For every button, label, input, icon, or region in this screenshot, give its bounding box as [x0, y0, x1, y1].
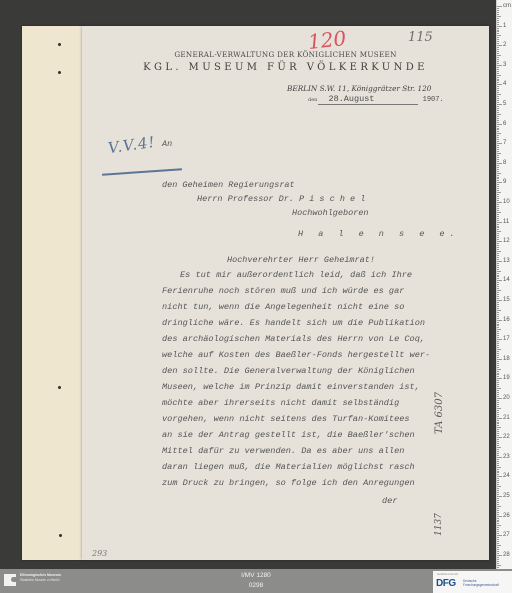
- ruler-label: 26: [503, 513, 510, 519]
- ruler-tick: [497, 155, 499, 156]
- ruler-tick: [497, 214, 499, 215]
- ruler-tick: [497, 461, 499, 462]
- ruler-tick: [497, 494, 499, 495]
- ruler-tick: [497, 306, 499, 307]
- ruler-tick: [497, 39, 499, 40]
- ruler-tick: [497, 351, 499, 352]
- ruler-tick: [497, 455, 499, 456]
- ruler-tick: [497, 157, 499, 158]
- ruler-tick: [497, 261, 502, 262]
- ruler-tick: [497, 286, 499, 287]
- ruler-tick: [497, 35, 501, 36]
- ruler-tick: [497, 551, 499, 552]
- ruler-label: 6: [503, 121, 506, 127]
- ruler-tick: [497, 33, 499, 34]
- ruler-tick: [497, 239, 499, 240]
- ruler-tick: [497, 371, 499, 372]
- scan-viewer: cm 1234567891011121314151617181920212223…: [0, 0, 512, 569]
- ruler-label: 12: [503, 238, 510, 244]
- ruler-tick: [497, 120, 499, 121]
- ruler-tick: [497, 124, 502, 125]
- ruler-tick: [497, 357, 499, 358]
- ruler-tick: [497, 559, 499, 560]
- ruler-label: 17: [503, 336, 510, 342]
- ruler-tick: [497, 255, 499, 256]
- ruler-tick: [497, 227, 499, 228]
- ruler-tick: [497, 182, 502, 183]
- ruler-tick: [497, 47, 499, 48]
- footer-bar: Ethnologisches Museum Staatliche Museen …: [0, 569, 512, 593]
- ruler-tick: [497, 59, 499, 60]
- ruler-tick: [497, 104, 502, 105]
- ruler-tick: [497, 484, 499, 485]
- ruler-tick: [497, 478, 499, 479]
- ruler-tick: [497, 122, 499, 123]
- date-prefix: den: [308, 97, 317, 103]
- ruler-tick: [497, 369, 501, 370]
- dfg-logo-icon: DFG: [436, 578, 456, 589]
- ruler-tick: [497, 541, 499, 542]
- ruler-tick: [497, 465, 499, 466]
- ruler-tick: [497, 345, 499, 346]
- ruler-label: 1: [503, 23, 506, 29]
- ruler-tick: [497, 427, 501, 428]
- ruler-tick: [497, 502, 499, 503]
- ruler-label: 10: [503, 199, 510, 205]
- ruler-tick: [497, 190, 499, 191]
- ruler-tick: [497, 390, 499, 391]
- ruler-tick: [497, 425, 499, 426]
- letter-date: den 28.August 1907.: [308, 94, 444, 104]
- ruler-tick: [497, 457, 502, 458]
- cm-ruler: cm 1234567891011121314151617181920212223…: [496, 0, 512, 569]
- ruler-tick: [497, 200, 499, 201]
- ruler-tick: [497, 31, 499, 32]
- ruler-tick: [497, 353, 499, 354]
- ruler-tick: [497, 394, 499, 395]
- body-line: nicht tun, wenn die Angelegenheit nicht …: [162, 302, 404, 312]
- ruler-tick: [497, 216, 499, 217]
- ruler-tick: [497, 451, 499, 452]
- ruler-tick: [497, 535, 502, 536]
- ruler-label: 4: [503, 81, 506, 87]
- ruler-tick: [497, 510, 499, 511]
- ruler-tick: [497, 249, 499, 250]
- ruler-label: 7: [503, 140, 506, 146]
- ruler-tick: [497, 347, 499, 348]
- ruler-tick: [497, 302, 499, 303]
- ruler-tick: [497, 259, 499, 260]
- body-line: vorgehen, wenn nicht seitens des Turfan-…: [162, 414, 410, 424]
- body-line: der: [382, 496, 397, 506]
- ruler-label: 21: [503, 415, 510, 421]
- ruler-tick: [497, 128, 499, 129]
- ruler-tick: [497, 408, 501, 409]
- ruler-tick: [497, 378, 502, 379]
- ruler-tick: [497, 61, 499, 62]
- ruler-tick: [497, 275, 499, 276]
- ruler-tick: [497, 384, 499, 385]
- ruler-tick: [497, 441, 499, 442]
- ruler-tick: [497, 310, 501, 311]
- ruler-tick: [497, 471, 499, 472]
- ruler-tick: [497, 178, 499, 179]
- ruler-tick: [497, 520, 499, 521]
- ruler-tick: [497, 518, 499, 519]
- ruler-tick: [497, 514, 499, 515]
- ruler-tick: [497, 547, 499, 548]
- ruler-tick: [497, 43, 499, 44]
- recipient-title: den Geheimen Regierungsrat: [162, 180, 295, 190]
- ruler-tick: [497, 169, 499, 170]
- body-line: welche auf Kosten des Baeßler-Fonds herg…: [162, 350, 430, 360]
- ruler-tick: [497, 498, 499, 499]
- ruler-tick: [497, 206, 499, 207]
- ruler-label: 22: [503, 434, 510, 440]
- ruler-tick: [497, 314, 499, 315]
- ruler-tick: [497, 308, 499, 309]
- ruler-tick: [497, 175, 499, 176]
- ruler-tick: [497, 159, 499, 160]
- ruler-tick: [497, 271, 501, 272]
- ruler-tick: [497, 218, 499, 219]
- ruler-tick: [497, 133, 501, 134]
- ruler-tick: [497, 186, 499, 187]
- ruler-tick: [497, 6, 502, 7]
- ruler-tick: [497, 131, 499, 132]
- ruler-label: 9: [503, 179, 506, 185]
- ruler-tick: [497, 290, 501, 291]
- ruler-tick: [497, 404, 499, 405]
- blue-pencil-note: V.V.4!: [107, 133, 157, 157]
- ruler-tick: [497, 392, 499, 393]
- sender-address: BERLIN S.W. 11, Königgrätzer Str. 120: [287, 84, 431, 93]
- ruler-tick: [497, 496, 502, 497]
- ruler-tick: [497, 202, 502, 203]
- ruler-tick: [497, 476, 502, 477]
- ruler-label: 20: [503, 395, 510, 401]
- ruler-tick: [497, 49, 499, 50]
- ruler-tick: [497, 196, 499, 197]
- ruler-tick: [497, 322, 499, 323]
- ruler-tick: [497, 41, 499, 42]
- ruler-tick: [497, 492, 499, 493]
- ruler-tick: [497, 537, 499, 538]
- ruler-label: 8: [503, 160, 506, 166]
- ruler-tick: [497, 500, 499, 501]
- ruler-tick: [497, 231, 501, 232]
- ruler-tick: [497, 508, 499, 509]
- ruler-tick: [497, 80, 499, 81]
- ruler-tick: [497, 472, 499, 473]
- ruler-tick: [497, 463, 499, 464]
- ruler-tick: [497, 563, 499, 564]
- letterhead-administration: GENERAL-VERWALTUNG DER KÖNIGLICHEN MUSEE…: [82, 50, 489, 59]
- ruler-tick: [497, 192, 501, 193]
- ruler-tick: [497, 512, 499, 513]
- ruler-tick: [497, 263, 499, 264]
- ruler-tick: [497, 337, 499, 338]
- ruler-tick: [497, 161, 499, 162]
- ruler-label: 23: [503, 454, 510, 460]
- body-line: Ferienruhe noch stören muß und ich würde…: [162, 286, 404, 296]
- ruler-tick: [497, 180, 499, 181]
- ruler-tick: [497, 220, 499, 221]
- ruler-tick: [497, 382, 499, 383]
- ruler-tick: [497, 412, 499, 413]
- ruler-tick: [497, 396, 499, 397]
- ruler-tick: [497, 126, 499, 127]
- ruler-tick: [497, 376, 499, 377]
- ruler-tick: [497, 106, 499, 107]
- ruler-tick: [497, 553, 499, 554]
- ruler-tick: [497, 22, 499, 23]
- ruler-tick: [497, 251, 501, 252]
- ruler-tick: [497, 531, 499, 532]
- ruler-tick: [497, 245, 499, 246]
- ruler-tick: [497, 437, 502, 438]
- ruler-label: 19: [503, 375, 510, 381]
- ruler-tick: [497, 365, 499, 366]
- body-line: daran liegen muß, die Materialien möglic…: [162, 462, 415, 472]
- ruler-tick: [497, 112, 499, 113]
- ruler-tick: [497, 288, 499, 289]
- ruler-tick: [497, 194, 499, 195]
- ruler-tick: [497, 333, 499, 334]
- ruler-tick: [497, 171, 499, 172]
- pencil-folio-number: 115: [408, 30, 433, 45]
- ruler-tick: [497, 433, 499, 434]
- recipient-honorific: Hochwohlgeboren: [292, 208, 369, 218]
- ruler-tick: [497, 235, 499, 236]
- ruler-tick: [497, 435, 499, 436]
- ruler-tick: [497, 327, 499, 328]
- ruler-tick: [497, 94, 501, 95]
- ruler-tick: [497, 82, 499, 83]
- ruler-tick: [497, 449, 499, 450]
- ruler-tick: [497, 525, 501, 526]
- ruler-tick: [497, 18, 499, 19]
- ruler-tick: [497, 53, 499, 54]
- ruler-tick: [497, 414, 499, 415]
- ruler-tick: [497, 388, 501, 389]
- ruler-label: 28: [503, 552, 510, 558]
- ruler-tick: [497, 429, 499, 430]
- ruler-tick: [497, 102, 499, 103]
- ruler-tick: [497, 173, 501, 174]
- ruler-tick: [497, 137, 499, 138]
- ruler-tick: [497, 280, 502, 281]
- ruler-tick: [497, 118, 499, 119]
- ruler-tick: [497, 24, 499, 25]
- punch-hole: [59, 534, 62, 537]
- ruler-tick: [497, 8, 499, 9]
- body-line: zum Druck zu bringen, so folge ich den A…: [162, 478, 415, 488]
- ruler-tick: [497, 233, 499, 234]
- ruler-tick: [497, 79, 499, 80]
- ruler-tick: [497, 108, 499, 109]
- ruler-tick: [497, 374, 499, 375]
- ruler-tick: [497, 149, 499, 150]
- ruler-tick: [497, 469, 499, 470]
- dfg-funding-badge: Gefördert durch DFG Deutsche Forschungsg…: [433, 571, 512, 593]
- ruler-tick: [497, 86, 499, 87]
- ruler-tick: [497, 320, 502, 321]
- body-line: dringliche wäre. Es handelt sich um die …: [162, 318, 425, 328]
- ruler-tick: [497, 331, 499, 332]
- ruler-tick: [497, 398, 502, 399]
- ruler-tick: [497, 380, 499, 381]
- body-line: des archäologischen Materials des Herrn …: [162, 334, 425, 344]
- ruler-tick: [497, 88, 499, 89]
- ruler-tick: [497, 402, 499, 403]
- ruler-tick: [497, 177, 499, 178]
- ruler-tick: [497, 204, 499, 205]
- ruler-unit: cm: [503, 3, 511, 9]
- ruler-tick: [497, 292, 499, 293]
- ruler-tick: [497, 73, 499, 74]
- ruler-tick: [497, 26, 502, 27]
- ruler-tick: [497, 188, 499, 189]
- ruler-tick: [497, 325, 499, 326]
- ruler-tick: [497, 335, 499, 336]
- body-line: Es tut mir außerordentlich leid, daß ich…: [180, 270, 412, 280]
- folder-backsheet: [22, 26, 84, 560]
- ruler-tick: [497, 208, 499, 209]
- ruler-tick: [497, 486, 501, 487]
- ruler-tick: [497, 506, 501, 507]
- ruler-tick: [497, 416, 499, 417]
- ruler-tick: [497, 549, 499, 550]
- ruler-label: 2: [503, 42, 506, 48]
- date-value: 28.August: [329, 94, 375, 104]
- ruler-tick: [497, 243, 499, 244]
- ruler-tick: [497, 247, 499, 248]
- date-year: 1907.: [423, 96, 444, 104]
- ruler-tick: [497, 20, 499, 21]
- ruler-tick: [497, 420, 499, 421]
- ruler-tick: [497, 504, 499, 505]
- ruler-tick: [497, 490, 499, 491]
- ruler-tick: [497, 153, 501, 154]
- recipient-an: An: [162, 139, 172, 149]
- ruler-tick: [497, 114, 501, 115]
- ruler-tick: [497, 96, 499, 97]
- ruler-tick: [497, 269, 499, 270]
- body-line: Museen, welche im Prinzip damit einverst…: [162, 382, 420, 392]
- ruler-tick: [497, 16, 501, 17]
- ruler-label: 3: [503, 62, 506, 68]
- ruler-tick: [497, 257, 499, 258]
- ruler-tick: [497, 45, 502, 46]
- ruler-tick: [497, 167, 499, 168]
- salutation: Hochverehrter Herr Geheimrat!: [227, 255, 375, 265]
- ruler-tick: [497, 324, 499, 325]
- ruler-tick: [497, 165, 499, 166]
- ruler-tick: [497, 533, 499, 534]
- ruler-tick: [497, 12, 499, 13]
- margin-pencil-number: 1137: [434, 513, 444, 536]
- ruler-label: 25: [503, 493, 510, 499]
- ruler-tick: [497, 241, 502, 242]
- dfg-funded-label: Gefördert durch: [437, 572, 458, 576]
- ruler-tick: [497, 439, 499, 440]
- ruler-tick: [497, 69, 499, 70]
- punch-hole: [58, 71, 61, 74]
- ruler-tick: [497, 65, 502, 66]
- ruler-tick: [497, 459, 499, 460]
- ruler-tick: [497, 304, 499, 305]
- recipient-place: H a l e n s e e.: [298, 229, 460, 239]
- ruler-tick: [497, 14, 499, 15]
- ruler-tick: [497, 143, 502, 144]
- ruler-tick: [497, 198, 499, 199]
- recipient-name: Herrn Professor Dr. P i s c h e l: [197, 194, 365, 204]
- ruler-tick: [497, 84, 502, 85]
- ruler-tick: [497, 453, 499, 454]
- ruler-tick: [497, 237, 499, 238]
- ruler-tick: [497, 28, 499, 29]
- ruler-tick: [497, 527, 499, 528]
- ruler-tick: [497, 226, 499, 227]
- ruler-tick: [497, 422, 499, 423]
- ruler-tick: [497, 543, 499, 544]
- ruler-tick: [497, 555, 502, 556]
- ruler-tick: [497, 151, 499, 152]
- ruler-tick: [497, 273, 499, 274]
- ruler-tick: [497, 63, 499, 64]
- ruler-tick: [497, 557, 499, 558]
- ruler-tick: [497, 561, 499, 562]
- ruler-tick: [497, 282, 499, 283]
- ruler-tick: [497, 98, 499, 99]
- ruler-tick: [497, 90, 499, 91]
- ruler-tick: [497, 67, 499, 68]
- ruler-tick: [497, 135, 499, 136]
- ruler-tick: [497, 316, 499, 317]
- ruler-tick: [497, 443, 499, 444]
- ruler-tick: [497, 410, 499, 411]
- ruler-tick: [497, 30, 499, 31]
- ruler-tick: [497, 184, 499, 185]
- ruler-tick: [497, 51, 499, 52]
- ruler-tick: [497, 474, 499, 475]
- ruler-tick: [497, 296, 499, 297]
- ruler-tick: [497, 488, 499, 489]
- ruler-label: 15: [503, 297, 510, 303]
- ruler-tick: [497, 341, 499, 342]
- body-line: Mittel dafür zu verwenden. Da es aber un…: [162, 446, 404, 456]
- ruler-label: 18: [503, 356, 510, 362]
- ruler-tick: [497, 482, 499, 483]
- ruler-tick: [497, 278, 499, 279]
- ruler-label: 11: [503, 219, 509, 225]
- ruler-tick: [497, 431, 499, 432]
- ruler-label: 24: [503, 473, 510, 479]
- ruler-tick: [497, 92, 499, 93]
- ruler-tick: [497, 210, 499, 211]
- ruler-tick: [497, 57, 499, 58]
- ruler-tick: [497, 10, 499, 11]
- ruler-tick: [497, 129, 499, 130]
- ruler-tick: [497, 567, 499, 568]
- ruler-tick: [497, 147, 499, 148]
- ruler-tick: [497, 294, 499, 295]
- ruler-tick: [497, 361, 499, 362]
- ruler-label: 13: [503, 258, 510, 264]
- ruler-tick: [497, 480, 499, 481]
- ruler-tick: [497, 224, 499, 225]
